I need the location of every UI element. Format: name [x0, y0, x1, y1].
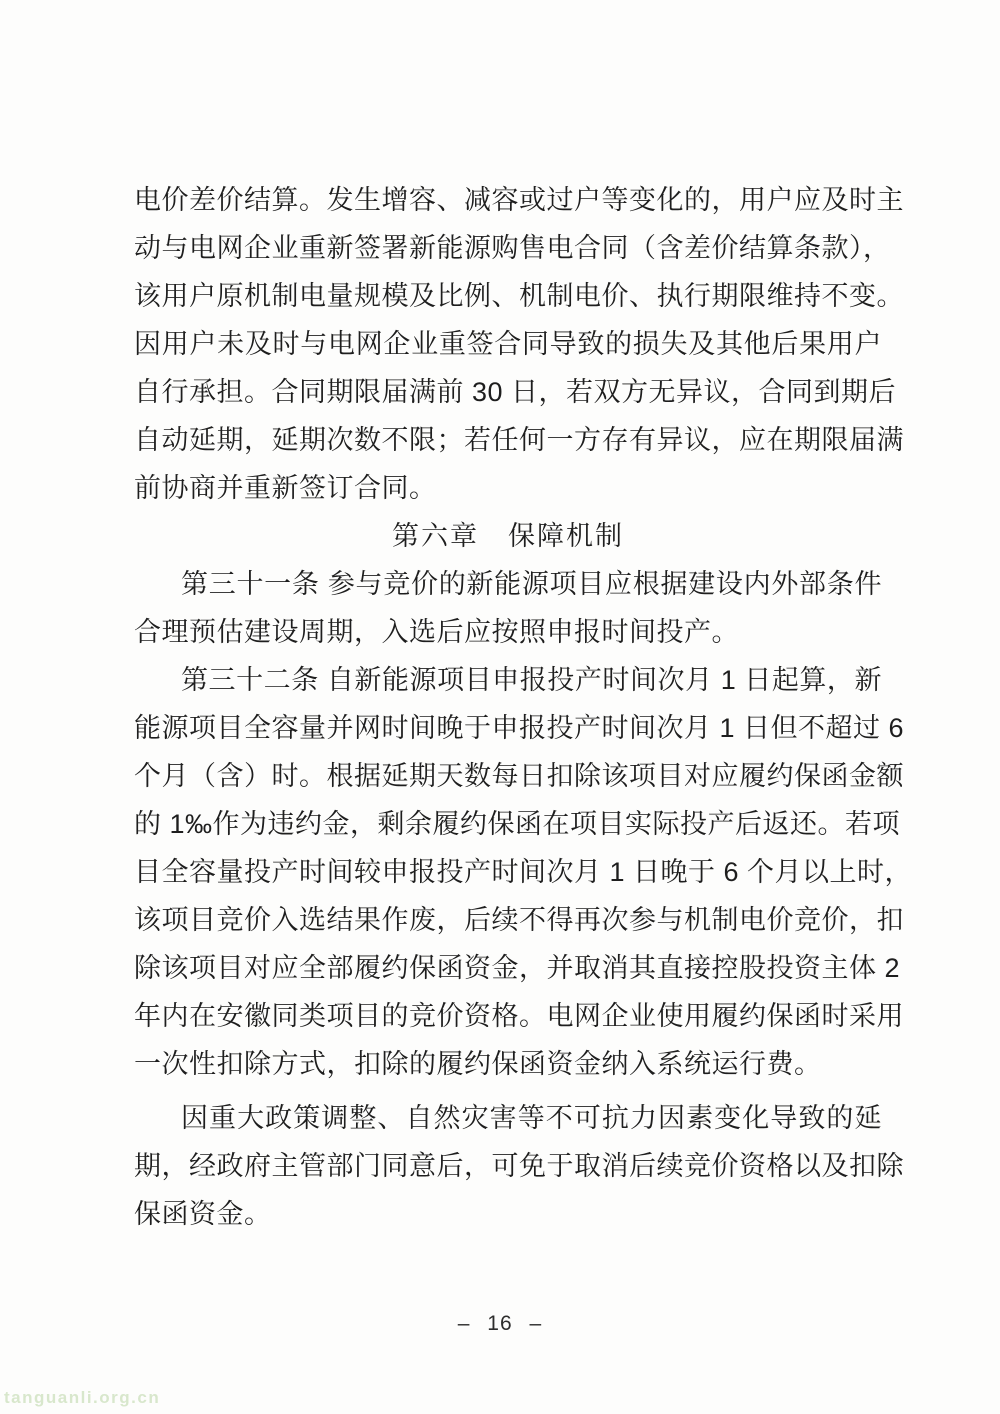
- text-line: 第三十二条 自新能源项目申报投产时间次月 1 日起算，新: [134, 656, 882, 704]
- chapter-heading-block: 第六章 保障机制: [134, 512, 882, 560]
- text-line: 该项目竞价入选结果作废，后续不得再次参与机制电价竞价，扣: [134, 896, 882, 944]
- text-line: 合理预估建设周期，入选后应按照申报时间投产。: [134, 608, 882, 656]
- text-line: 一次性扣除方式，扣除的履约保函资金纳入系统运行费。: [134, 1040, 882, 1088]
- text-line: 电价差价结算。发生增容、减容或过户等变化的，用户应及时主: [134, 176, 882, 224]
- watermark: tanguanli.org.cn: [4, 1388, 160, 1408]
- chapter-heading: 第六章 保障机制: [134, 512, 882, 560]
- text-line: 自行承担。合同期限届满前 30 日，若双方无异议，合同到期后: [134, 368, 882, 416]
- page-number: – 16 –: [0, 1312, 1000, 1336]
- text-line: 前协商并重新签订合同。: [134, 464, 882, 512]
- document-text-block: 电价差价结算。发生增容、减容或过户等变化的，用户应及时主 动与电网企业重新签署新…: [134, 176, 882, 1238]
- text-line: 因用户未及时与电网企业重签合同导致的损失及其他后果用户: [134, 320, 882, 368]
- text-line: 的 1‰作为违约金，剩余履约保函在项目实际投产后返还。若项: [134, 800, 882, 848]
- text-line: 能源项目全容量并网时间晚于申报投产时间次月 1 日但不超过 6: [134, 704, 882, 752]
- paragraph-contract-settlement: 电价差价结算。发生增容、减容或过户等变化的，用户应及时主 动与电网企业重新签署新…: [134, 176, 882, 512]
- paragraph-article-31: 第三十一条 参与竞价的新能源项目应根据建设内外部条件 合理预估建设周期，入选后应…: [134, 560, 882, 656]
- text-line: 个月（含）时。根据延期天数每日扣除该项目对应履约保函金额: [134, 752, 882, 800]
- document-page: 电价差价结算。发生增容、减容或过户等变化的，用户应及时主 动与电网企业重新签署新…: [0, 0, 1000, 1414]
- text-line: 该用户原机制电量规模及比例、机制电价、执行期限维持不变。: [134, 272, 882, 320]
- text-line: 除该项目对应全部履约保函资金，并取消其直接控股投资主体 2: [134, 944, 882, 992]
- paragraph-force-majeure: 因重大政策调整、自然灾害等不可抗力因素变化导致的延 期，经政府主管部门同意后，可…: [134, 1094, 882, 1238]
- text-line: 第三十一条 参与竞价的新能源项目应根据建设内外部条件: [134, 560, 882, 608]
- text-line: 保函资金。: [134, 1190, 882, 1238]
- text-line: 目全容量投产时间较申报投产时间次月 1 日晚于 6 个月以上时，: [134, 848, 882, 896]
- text-line: 年内在安徽同类项目的竞价资格。电网企业使用履约保函时采用: [134, 992, 882, 1040]
- paragraph-article-32: 第三十二条 自新能源项目申报投产时间次月 1 日起算，新 能源项目全容量并网时间…: [134, 656, 882, 1088]
- text-line: 期，经政府主管部门同意后，可免于取消后续竞价资格以及扣除: [134, 1142, 882, 1190]
- text-line: 自动延期，延期次数不限；若任何一方存有异议，应在期限届满: [134, 416, 882, 464]
- text-line: 因重大政策调整、自然灾害等不可抗力因素变化导致的延: [134, 1094, 882, 1142]
- text-line: 动与电网企业重新签署新能源购售电合同（含差价结算条款），: [134, 224, 882, 272]
